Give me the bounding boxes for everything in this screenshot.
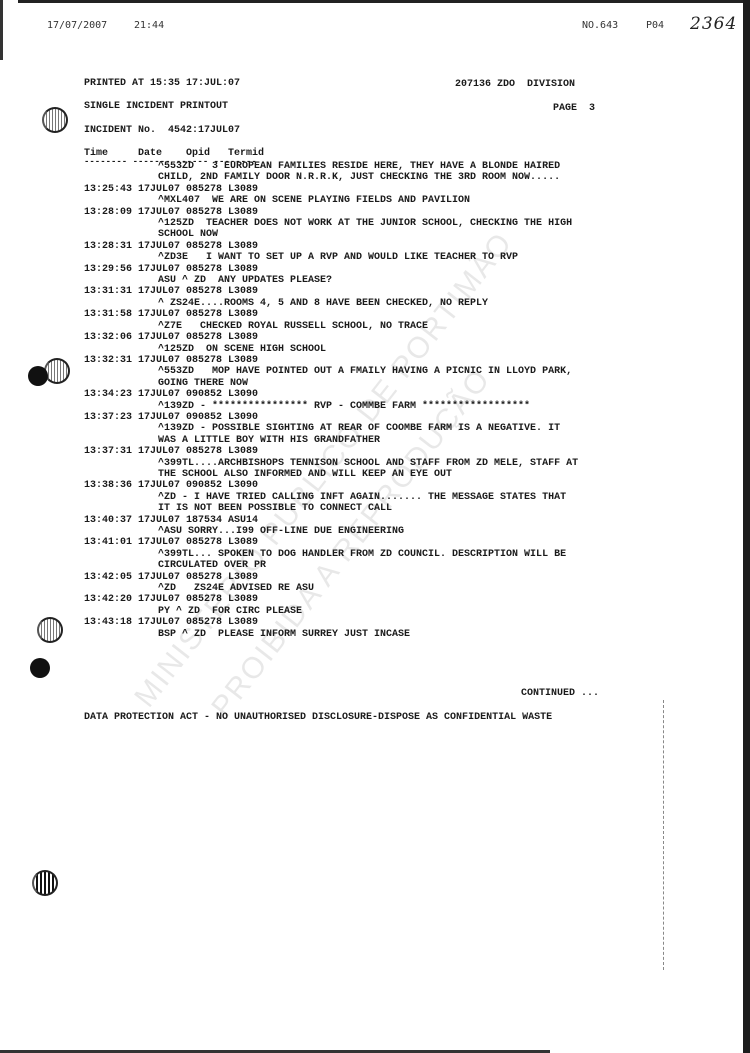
division: 207136 ZDO DIVISION bbox=[455, 79, 575, 90]
log-message-line: ^399TL....ARCHBISHOPS TENNISON SCHOOL AN… bbox=[84, 458, 624, 469]
log-timestamp-row: 13:31:31 17JUL07 085278 L3089 bbox=[84, 286, 624, 297]
log-message-line: ^399TL... SPOKEN TO DOG HANDLER FROM ZD … bbox=[84, 549, 624, 560]
log-timestamp-row: 13:28:09 17JUL07 085278 L3089 bbox=[84, 207, 624, 218]
punch-hole-filled-icon bbox=[28, 366, 48, 386]
log-timestamp-row: 13:25:43 17JUL07 085278 L3089 bbox=[84, 184, 624, 195]
continued-label: CONTINUED ... bbox=[521, 688, 599, 699]
log-message-line: THE SCHOOL ALSO INFORMED AND WILL KEEP A… bbox=[84, 469, 624, 480]
log-message-line: PY ^ ZD FOR CIRC PLEASE bbox=[84, 606, 624, 617]
log-message-line: CIRCULATED OVER PR bbox=[84, 560, 624, 571]
log-message-line: GOING THERE NOW bbox=[84, 378, 624, 389]
log-timestamp-row: 13:43:18 17JUL07 085278 L3089 bbox=[84, 617, 624, 628]
log-timestamp-row: 13:31:58 17JUL07 085278 L3089 bbox=[84, 309, 624, 320]
log-message-line: ^553ZD MOP HAVE POINTED OUT A FMAILY HAV… bbox=[84, 366, 624, 377]
log-message-line: ^125ZD ON SCENE HIGH SCHOOL bbox=[84, 344, 624, 355]
log-message-line: WAS A LITTLE BOY WITH HIS GRANDFATHER bbox=[84, 435, 624, 446]
log-timestamp-row: 13:32:06 17JUL07 085278 L3089 bbox=[84, 332, 624, 343]
log-message-line: ^ZD - I HAVE TRIED CALLING INFT AGAIN...… bbox=[84, 492, 624, 503]
incident-log: ^553ZD 3 EUROPEAN FAMILIES RESIDE HERE, … bbox=[84, 161, 624, 640]
log-timestamp-row: 13:41:01 17JUL07 085278 L3089 bbox=[84, 537, 624, 548]
punch-hole-icon bbox=[42, 107, 68, 133]
log-timestamp-row: 13:42:20 17JUL07 085278 L3089 bbox=[84, 594, 624, 605]
log-message-line: CHILD, 2ND FAMILY DOOR N.R.R.K, JUST CHE… bbox=[84, 172, 624, 183]
log-message-line: ^553ZD 3 EUROPEAN FAMILIES RESIDE HERE, … bbox=[84, 161, 624, 172]
log-timestamp-row: 13:40:37 17JUL07 187534 ASU14 bbox=[84, 515, 624, 526]
punch-hole-filled-icon bbox=[30, 658, 50, 678]
log-message-line: ^ZD3E I WANT TO SET UP A RVP AND WOULD L… bbox=[84, 252, 624, 263]
punch-hole-icon bbox=[32, 870, 58, 896]
log-timestamp-row: 13:37:31 17JUL07 085278 L3089 bbox=[84, 446, 624, 457]
log-timestamp-row: 13:34:23 17JUL07 090852 L3090 bbox=[84, 389, 624, 400]
log-message-line: ^139ZD - POSSIBLE SIGHTING AT REAR OF CO… bbox=[84, 423, 624, 434]
document-title: SINGLE INCIDENT PRINTOUT bbox=[84, 101, 228, 112]
printed-at: PRINTED AT 15:35 17:JUL:07 bbox=[84, 78, 240, 89]
log-message-line: IT IS NOT BEEN POSSIBLE TO CONNECT CALL bbox=[84, 503, 624, 514]
log-message-line: ^Z7E CHECKED ROYAL RUSSELL SCHOOL, NO TR… bbox=[84, 321, 624, 332]
scan-artifact-line bbox=[663, 700, 665, 970]
incident-printout: PRINTED AT 15:35 17:JUL:07 207136 ZDO DI… bbox=[0, 0, 750, 1053]
log-message-line: ^MXL407 WE ARE ON SCENE PLAYING FIELDS A… bbox=[84, 195, 624, 206]
incident-number: INCIDENT No. 4542:17JUL07 bbox=[84, 125, 240, 136]
log-timestamp-row: 13:32:31 17JUL07 085278 L3089 bbox=[84, 355, 624, 366]
punch-hole-icon bbox=[44, 358, 70, 384]
log-timestamp-row: 13:38:36 17JUL07 090852 L3090 bbox=[84, 480, 624, 491]
punch-hole-icon bbox=[37, 617, 63, 643]
log-timestamp-row: 13:42:05 17JUL07 085278 L3089 bbox=[84, 572, 624, 583]
log-message-line: ASU ^ ZD ANY UPDATES PLEASE? bbox=[84, 275, 624, 286]
log-message-line: ^ASU SORRY...I99 OFF-LINE DUE ENGINEERIN… bbox=[84, 526, 624, 537]
log-timestamp-row: 13:28:31 17JUL07 085278 L3089 bbox=[84, 241, 624, 252]
data-protection-footer: DATA PROTECTION ACT - NO UNAUTHORISED DI… bbox=[84, 712, 552, 723]
page-number: PAGE 3 bbox=[553, 103, 595, 114]
log-message-line: ^ZD ZS24E ADVISED RE ASU bbox=[84, 583, 624, 594]
log-timestamp-row: 13:29:56 17JUL07 085278 L3089 bbox=[84, 264, 624, 275]
log-message-line: ^139ZD - **************** RVP - COMMBE F… bbox=[84, 401, 624, 412]
log-message-line: SCHOOL NOW bbox=[84, 229, 624, 240]
log-message-line: BSP ^ ZD PLEASE INFORM SURREY JUST INCAS… bbox=[84, 629, 624, 640]
log-timestamp-row: 13:37:23 17JUL07 090852 L3090 bbox=[84, 412, 624, 423]
log-message-line: ^ ZS24E....ROOMS 4, 5 AND 8 HAVE BEEN CH… bbox=[84, 298, 624, 309]
log-message-line: ^125ZD TEACHER DOES NOT WORK AT THE JUNI… bbox=[84, 218, 624, 229]
